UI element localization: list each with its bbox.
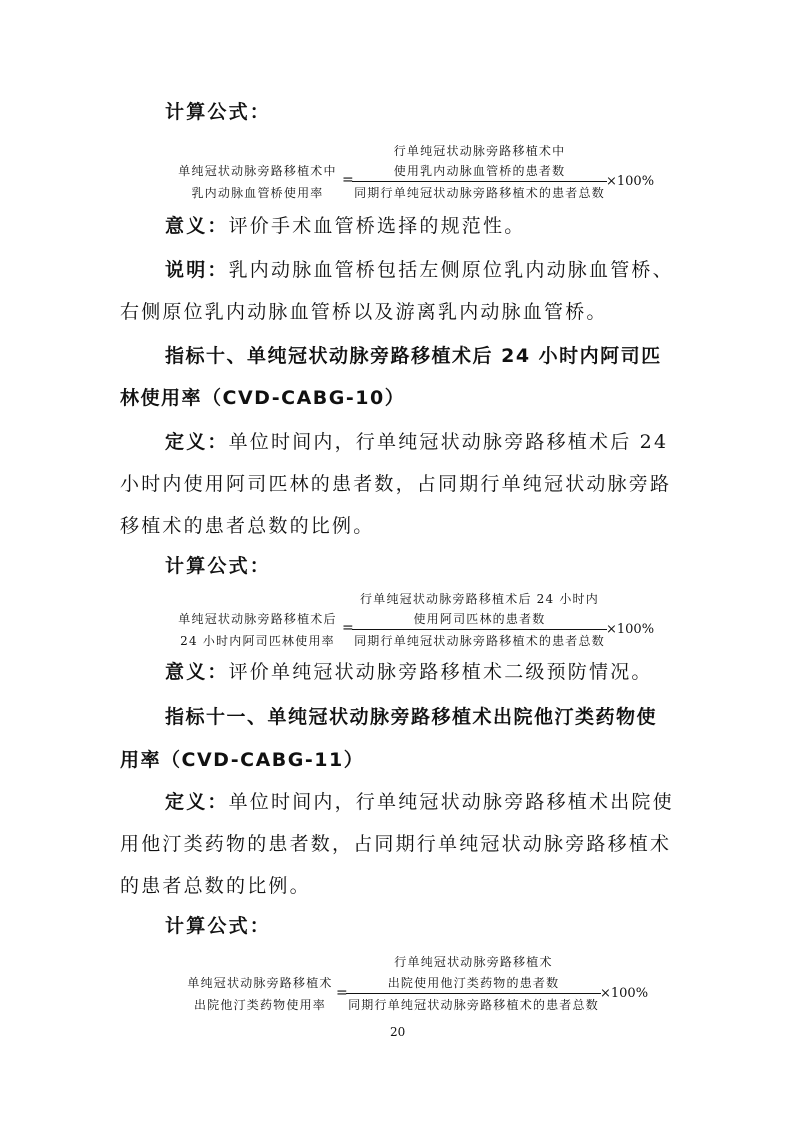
indicator-title: 指标十一、单纯冠状动脉旁路移植术出院他汀类药物使 <box>165 697 657 737</box>
formula-numerator: 行单纯冠状动脉旁路移植术中 <box>352 142 607 159</box>
fraction-bar <box>352 629 607 630</box>
formula-label: 计算公式： <box>165 546 271 586</box>
definition-cont: 用他汀类药物的患者数，占同期行单纯冠状动脉旁路移植术 <box>120 824 671 864</box>
meaning: 意义：评价手术血管桥选择的规范性。 <box>165 206 525 246</box>
multiplier: ×100% <box>606 622 654 637</box>
formula-denominator: 同期行单纯冠状动脉旁路移植术的患者总数 <box>346 996 601 1013</box>
indicator-title: 林使用率（CVD-CABG-10） <box>120 378 405 418</box>
formula-denominator: 同期行单纯冠状动脉旁路移植术的患者总数 <box>352 632 607 649</box>
indicator-title: 指标十、单纯冠状动脉旁路移植术后 24 小时内阿司匹 <box>165 336 662 376</box>
definition-cont: 的患者总数的比例。 <box>120 866 311 906</box>
definition: 定义：单位时间内，行单纯冠状动脉旁路移植术出院使 <box>165 782 674 822</box>
multiplier: ×100% <box>600 986 648 1001</box>
formula-lhs: 单纯冠状动脉旁路移植术后 <box>170 610 345 627</box>
definition: 定义：单位时间内，行单纯冠状动脉旁路移植术后 24 <box>165 422 668 462</box>
formula-numerator: 行单纯冠状动脉旁路移植术 <box>346 953 601 970</box>
formula-numerator: 行单纯冠状动脉旁路移植术后 24 小时内 <box>352 590 607 607</box>
formula-numerator: 出院使用他汀类药物的患者数 <box>346 974 601 991</box>
formula-lhs: 出院他汀类药物使用率 <box>175 996 345 1013</box>
formula-lhs: 24 小时内阿司匹林使用率 <box>170 632 345 649</box>
indicator-title: 用率（CVD-CABG-11） <box>120 740 364 780</box>
formula-numerator: 使用阿司匹林的患者数 <box>352 610 607 627</box>
formula-lhs: 乳内动脉血管桥使用率 <box>170 184 345 201</box>
formula-label: 计算公式： <box>165 906 271 946</box>
meaning: 意义：评价单纯冠状动脉旁路移植术二级预防情况。 <box>165 652 653 692</box>
formula-lhs: 单纯冠状动脉旁路移植术 <box>175 974 345 991</box>
formula-numerator: 使用乳内动脉血管桥的患者数 <box>352 162 607 179</box>
note: 说明：乳内动脉血管桥包括左侧原位乳内动脉血管桥、 <box>165 250 674 290</box>
note-cont: 右侧原位乳内动脉血管桥以及游离乳内动脉血管桥。 <box>120 292 608 332</box>
multiplier: ×100% <box>606 174 654 189</box>
definition-cont: 小时内使用阿司匹林的患者数，占同期行单纯冠状动脉旁路 <box>120 464 671 504</box>
fraction-bar <box>352 181 607 182</box>
formula-denominator: 同期行单纯冠状动脉旁路移植术的患者总数 <box>352 184 607 201</box>
definition-cont: 移植术的患者总数的比例。 <box>120 506 374 546</box>
formula-label: 计算公式： <box>165 92 271 132</box>
fraction-bar <box>346 993 601 994</box>
formula-lhs: 单纯冠状动脉旁路移植术中 <box>170 162 345 179</box>
page-number: 20 <box>390 1025 405 1039</box>
